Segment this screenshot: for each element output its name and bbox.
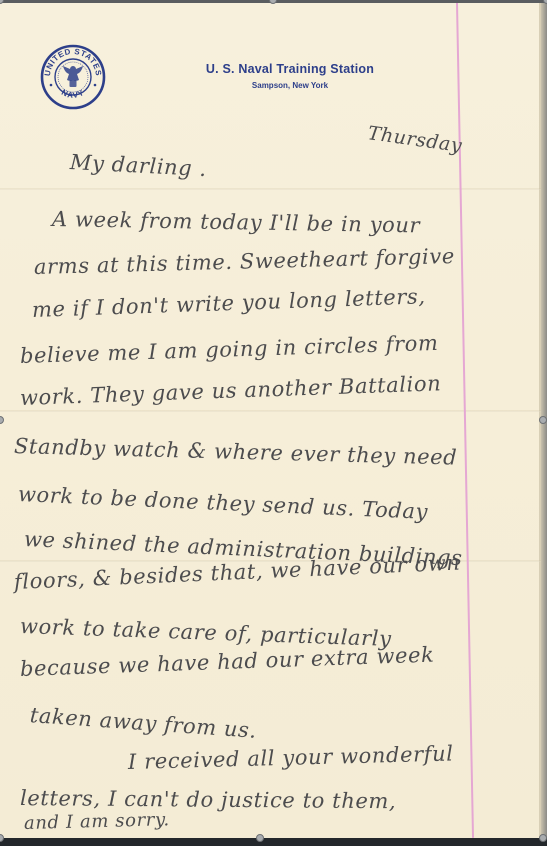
letterhead: U. S. Naval Training Station Sampson, Ne… — [170, 62, 410, 90]
letterhead-title: U. S. Naval Training Station — [170, 62, 410, 76]
resize-handle-right[interactable] — [539, 416, 547, 424]
fold-crease — [0, 410, 541, 412]
resize-handle-bottom[interactable] — [256, 834, 264, 842]
letterhead-location: Sampson, New York — [170, 81, 410, 90]
viewer-frame-bottom — [0, 838, 547, 846]
resize-handle-bottom-right[interactable] — [539, 834, 547, 842]
svg-text:NAVY: NAVY — [60, 88, 86, 100]
letter-line: letters, I can't do justice to them, — [20, 786, 396, 813]
letter-line: and I am sorry. — [24, 809, 170, 834]
navy-seal-icon: UNITED STATES NAVY — [40, 44, 106, 110]
